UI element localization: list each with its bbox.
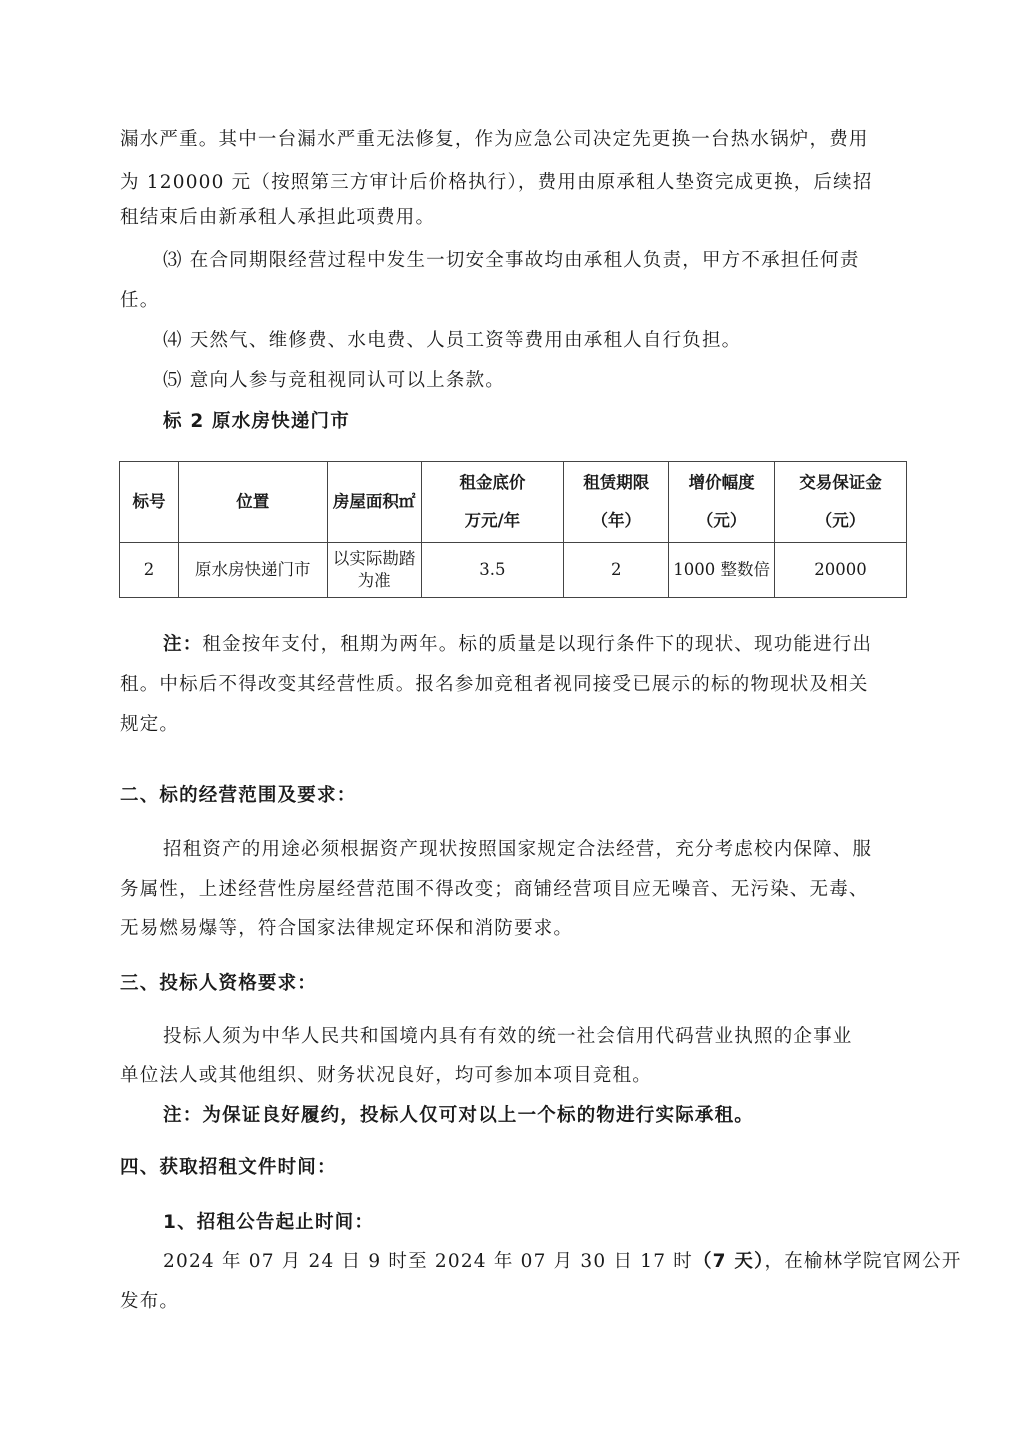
section-2-body: 招租资产的用途必须根据资产现状按照国家规定合法经营，充分考虑校内保障、服 xyxy=(163,838,872,862)
note-1-line: 租。中标后不得改变其经营性质。报名参加竞租者视同接受已展示的标的物现状及相关 xyxy=(120,673,869,697)
cell-location: 原水房快递门市 xyxy=(178,543,327,598)
cell-deposit: 20000 xyxy=(775,543,907,598)
section-2-body: 无易燃易爆等，符合国家法律规定环保和消防要求。 xyxy=(120,917,573,941)
section-3-note: 注：为保证良好履约，投标人仅可对以上一个标的物进行实际承租。 xyxy=(163,1104,754,1128)
table-row: 2 原水房快递门市 以实际勘踏为准 3.5 2 1000 整数倍 20000 xyxy=(120,543,907,598)
subsection-1-title: 1、招租公告起止时间： xyxy=(163,1211,374,1235)
note-1-line: 规定。 xyxy=(120,713,179,737)
header-lot: 标号 xyxy=(120,462,179,543)
section-3-body: 单位法人或其他组织、财务状况良好，均可参加本项目竞租。 xyxy=(120,1064,652,1088)
section-3-body: 投标人须为中华人民共和国境内具有有效的统一社会信用代码营业执照的企事业 xyxy=(163,1025,853,1049)
paragraph-line: 漏水严重。其中一台漏水严重无法修复，作为应急公司决定先更换一台热水锅炉，费用 xyxy=(120,128,869,152)
paragraph-line: 为 120000 元（按照第三方审计后价格执行），费用由原承租人垫资完成更换，后… xyxy=(120,171,873,195)
header-area: 房屋面积㎡ xyxy=(327,462,421,543)
header-location: 位置 xyxy=(178,462,327,543)
subsection-1-body: 2024 年 07 月 24 日 9 时至 2024 年 07 月 30 日 1… xyxy=(163,1250,962,1274)
header-deposit: 交易保证金（元） xyxy=(775,462,907,543)
lease-table: 标号 位置 房屋面积㎡ 租金底价万元/年 租赁期限（年） 增价幅度（元） 交易保… xyxy=(119,461,907,598)
header-rent: 租金底价万元/年 xyxy=(421,462,564,543)
header-term: 租赁期限（年） xyxy=(564,462,669,543)
section-4-title: 四、获取招租文件时间： xyxy=(120,1156,337,1180)
section-3-title: 三、投标人资格要求： xyxy=(120,972,317,996)
cell-lot: 2 xyxy=(120,543,179,598)
header-increment: 增价幅度（元） xyxy=(669,462,775,543)
note-label: 注： xyxy=(163,634,202,655)
section-2-body: 务属性，上述经营性房屋经营范围不得改变；商铺经营项目应无噪音、无污染、无毒、 xyxy=(120,878,869,902)
section-2-title: 二、标的经营范围及要求： xyxy=(120,784,356,808)
cell-area: 以实际勘踏为准 xyxy=(327,543,421,598)
note-1: 注：租金按年支付，租期为两年。标的质量是以现行条件下的现状、现功能进行出 xyxy=(163,633,872,657)
cell-rent: 3.5 xyxy=(421,543,564,598)
clause-3-cont: 任。 xyxy=(120,289,159,313)
paragraph-line: 租结束后由新承租人承担此项费用。 xyxy=(120,206,435,230)
clause-5: ⑸ 意向人参与竞租视同认可以上条款。 xyxy=(163,369,505,393)
clause-3: ⑶ 在合同期限经营过程中发生一切安全事故均由承租人负责，甲方不承担任何责 xyxy=(163,249,860,273)
table-header-row: 标号 位置 房屋面积㎡ 租金底价万元/年 租赁期限（年） 增价幅度（元） 交易保… xyxy=(120,462,907,543)
subsection-1-body: 发布。 xyxy=(120,1290,179,1314)
cell-increment: 1000 整数倍 xyxy=(669,543,775,598)
cell-term: 2 xyxy=(564,543,669,598)
lot-title: 标 2 原水房快递门市 xyxy=(163,410,350,434)
clause-4: ⑷ 天然气、维修费、水电费、人员工资等费用由承租人自行负担。 xyxy=(163,329,741,353)
